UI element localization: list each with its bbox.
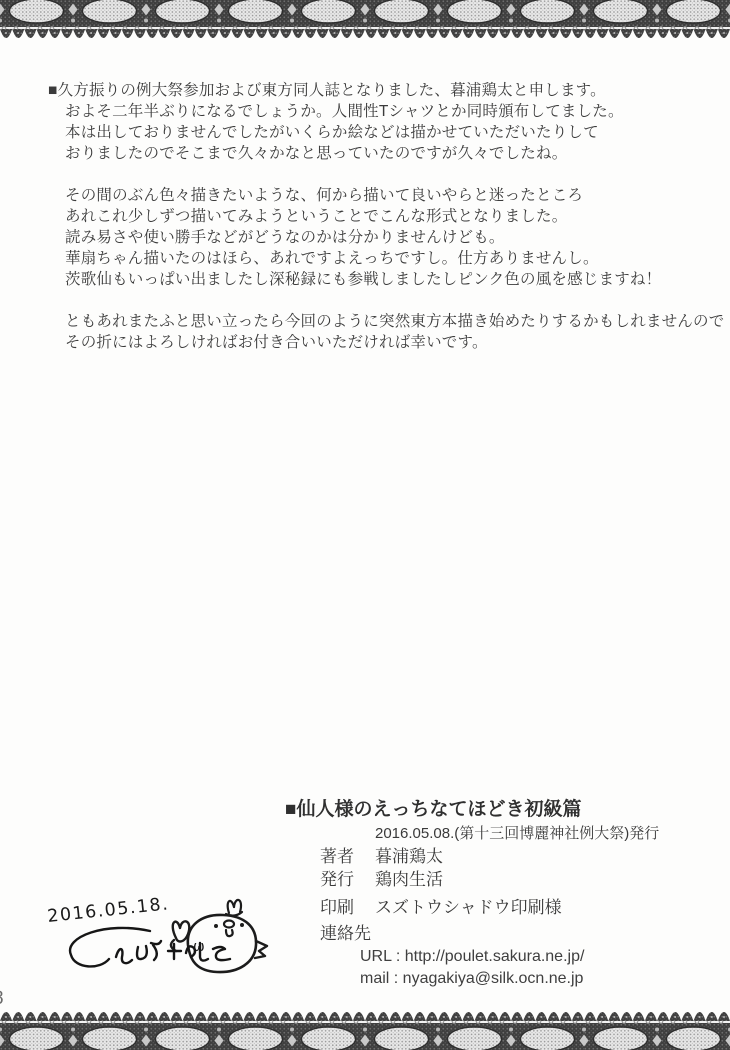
url-line: URL : http://poulet.sakura.ne.jp/ xyxy=(360,946,715,968)
page-number: 8 xyxy=(0,988,4,1010)
credit-value: 鶏肉生活 xyxy=(375,868,443,891)
afterword-line: おりましたのでそこまで久々かなと思っていたのですが久々でしたね。 xyxy=(65,143,688,164)
handwritten-note: ω 2016.05.18. xyxy=(30,893,290,989)
lace-border-bottom xyxy=(0,1008,730,1050)
credit-label: 印刷 xyxy=(320,896,375,919)
credit-row-printer: 印刷 スズトウシャドウ印刷様 xyxy=(320,896,715,919)
credit-value: 暮浦鶏太 xyxy=(375,845,443,868)
colophon-title: ■仙人様のえっちなてほどき初級篇 xyxy=(285,798,715,822)
afterword-line: およそ二年半ぶりになるでしょうか。人間性Tシャツとか同時頒布してました。 xyxy=(65,101,688,122)
afterword-paragraph-1: ■久方振りの例大祭参加および東方同人誌となりました、暮浦鶏太と申します。 およそ… xyxy=(48,80,688,164)
credit-label: 著者 xyxy=(320,845,375,868)
issue-date-line: 2016.05.08.(第十三回博麗神社例大祭)発行 xyxy=(375,822,715,845)
afterword-line: ■久方振りの例大祭参加および東方同人誌となりました、暮浦鶏太と申します。 xyxy=(48,80,688,101)
afterword-line: 華扇ちゃん描いたのはほら、あれですよえっちですし。仕方ありませんし。 xyxy=(65,248,688,269)
chick-doodle: ω xyxy=(171,900,267,972)
credit-value: スズトウシャドウ印刷様 xyxy=(375,896,562,919)
afterword-line: その折にはよろしければお付き合いいただければ幸いです。 xyxy=(65,332,688,353)
afterword-paragraph-2: その間のぶん色々描きたいような、何から描いて良いやらと迷ったところ あれこれ少し… xyxy=(48,185,688,290)
afterword-paragraph-3: ともあれまたふと思い立ったら今回のように突然東方本描き始めたりするかもしれません… xyxy=(48,311,688,353)
credit-label: 発行 xyxy=(320,868,375,891)
afterword-line: 本は出しておりませんでしたがいくらか絵などは描かせていただいたりして xyxy=(65,122,688,143)
mail-line: mail : nyagakiya@silk.ocn.ne.jp xyxy=(360,968,715,990)
afterword-text: ■久方振りの例大祭参加および東方同人誌となりました、暮浦鶏太と申します。 およそ… xyxy=(48,80,688,374)
afterword-line: 茨歌仙もいっぱい出ましたし深秘録にも参戦しましたしピンク色の風を感じますね！ xyxy=(65,269,688,290)
handwritten-date: 2016.05.18. xyxy=(46,894,170,927)
lace-border-top xyxy=(0,0,730,42)
afterword-line: あれこれ少しずつ描いてみようということでこんな形式となりました。 xyxy=(65,206,688,227)
afterword-line: ともあれまたふと思い立ったら今回のように突然東方本描き始めたりするかもしれません… xyxy=(65,311,688,332)
credit-row-publisher: 発行 鶏肉生活 xyxy=(320,868,715,891)
colophon: ■仙人様のえっちなてほどき初級篇 2016.05.08.(第十三回博麗神社例大祭… xyxy=(285,798,715,990)
contact-label: 連絡先 xyxy=(320,922,715,946)
afterword-line: その間のぶん色々描きたいような、何から描いて良いやらと迷ったところ xyxy=(65,185,688,206)
credit-row-author: 著者 暮浦鶏太 xyxy=(320,845,715,868)
afterword-line: 読み易さや使い勝手などがどうなのかは分かりませんけども。 xyxy=(65,227,688,248)
